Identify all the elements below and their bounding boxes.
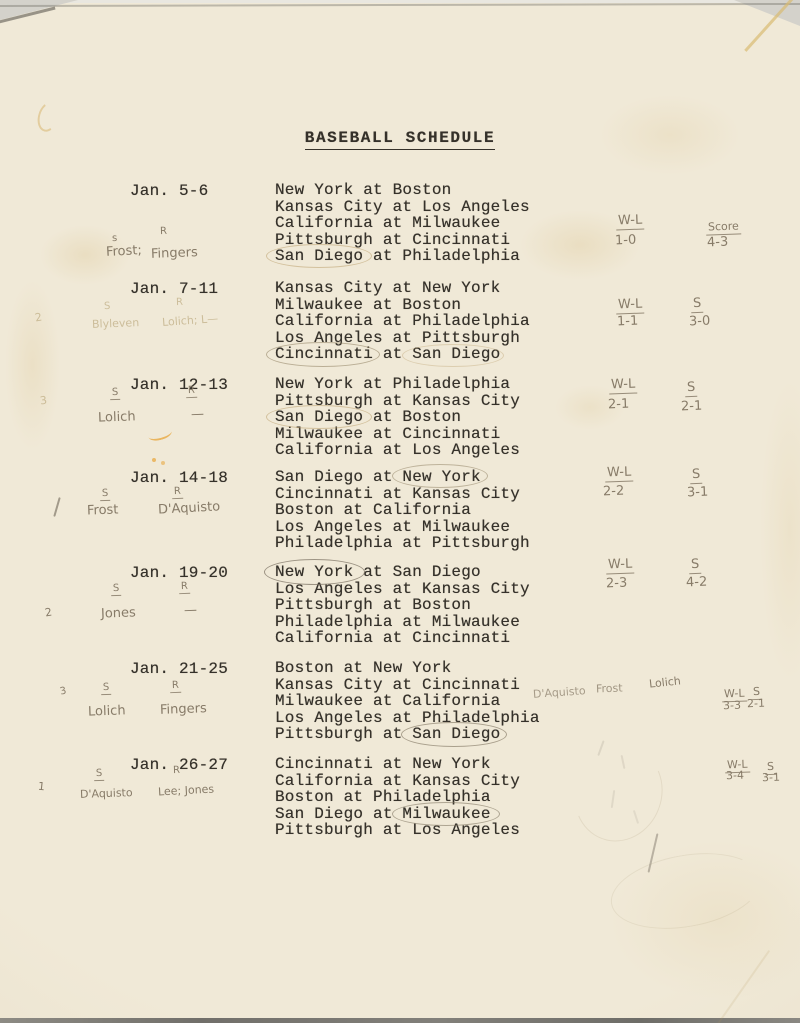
wl-header: W-L bbox=[606, 557, 635, 575]
pencil-circle bbox=[266, 405, 372, 429]
pencil-circle bbox=[402, 344, 504, 367]
date-range: Jan. 5-6 bbox=[130, 182, 208, 200]
game-line: Philadelphia at Pittsburgh bbox=[275, 535, 530, 552]
starter-name: D'Aquisto bbox=[80, 786, 133, 801]
game-line: California at Cincinnati bbox=[275, 630, 530, 647]
game-line: Cincinnati at New York bbox=[275, 756, 520, 773]
score-value: 4-2 bbox=[686, 575, 708, 591]
relief-hand-label: R bbox=[179, 581, 190, 594]
game-line: Los Angeles at Milwaukee bbox=[275, 519, 530, 536]
starter-hand-label: S bbox=[104, 301, 111, 312]
starter-hand-label: S bbox=[111, 583, 122, 596]
pencil-circle bbox=[392, 464, 488, 488]
starter-name: Jones bbox=[101, 605, 136, 621]
game-line: Los Angeles at Philadelphia bbox=[275, 710, 540, 727]
relief-hand-label: R bbox=[176, 297, 183, 308]
game-line: Kansas City at Cincinnati bbox=[275, 677, 540, 694]
wl-header: W-L bbox=[605, 465, 634, 483]
erased-pencil-scribble bbox=[561, 733, 676, 854]
game-line: Philadelphia at Milwaukee bbox=[275, 614, 530, 631]
starter-name: Frost; bbox=[106, 243, 143, 260]
score-header: S bbox=[685, 380, 698, 397]
orange-pencil-dots bbox=[152, 458, 156, 462]
relief-hand-label: R bbox=[186, 385, 197, 398]
score-header: Score bbox=[706, 219, 741, 235]
relief-name: Lolich; L— bbox=[162, 312, 219, 329]
game-line: New York at Philadelphia bbox=[275, 376, 520, 393]
score-value: 3-1 bbox=[687, 485, 709, 501]
wl-value: 2-1 bbox=[608, 397, 630, 413]
starter-hand-label: S bbox=[100, 488, 111, 501]
pencil-circle bbox=[401, 722, 507, 747]
wl-value: 3-3 bbox=[723, 699, 741, 713]
game-line: Boston at New York bbox=[275, 660, 540, 677]
relief-hand-label: R bbox=[160, 226, 167, 237]
starter-hand-label: S bbox=[94, 768, 105, 781]
score-header: S bbox=[690, 467, 703, 484]
relief-name: — bbox=[191, 407, 205, 422]
relief-hand-label: R bbox=[173, 765, 180, 776]
wl-value: 1-0 bbox=[615, 233, 637, 249]
pencil-circle bbox=[392, 802, 500, 826]
pencil-circle bbox=[266, 244, 372, 268]
score-value: 3-0 bbox=[689, 314, 711, 330]
starter-name: Lolich bbox=[88, 703, 126, 719]
game-line: California at Los Angeles bbox=[275, 442, 520, 459]
game-line: California at Milwaukee bbox=[275, 215, 530, 232]
pencil-circle bbox=[264, 559, 365, 585]
relief-hand-label: R bbox=[172, 486, 183, 499]
score-value: 2-1 bbox=[681, 399, 703, 415]
pitcher-name: Frost bbox=[596, 682, 623, 696]
game-line: Kansas City at Los Angeles bbox=[275, 199, 530, 216]
margin-number: 1 bbox=[37, 780, 45, 794]
page-title-text: BASEBALL SCHEDULE bbox=[305, 129, 495, 150]
game-line: California at Philadelphia bbox=[275, 313, 530, 330]
starter-hand-label: S bbox=[101, 682, 112, 695]
relief-name: Fingers bbox=[160, 701, 207, 718]
game-line: Boston at Philadelphia bbox=[275, 789, 520, 806]
game-line: Cincinnati at Kansas City bbox=[275, 486, 530, 503]
wl-value: 3-4 bbox=[726, 769, 744, 783]
orange-pencil-scribble bbox=[147, 425, 173, 443]
game-list: Cincinnati at New York California at Kan… bbox=[275, 756, 520, 839]
relief-name: D'Aquisto bbox=[158, 499, 221, 517]
game-line: Pittsburgh at Los Angeles bbox=[275, 822, 520, 839]
date-range: Jan. 7-11 bbox=[130, 280, 218, 298]
relief-hand-label: R bbox=[170, 680, 181, 693]
starter-name: Frost bbox=[87, 502, 119, 518]
score-value: 2-1 bbox=[747, 697, 765, 711]
starter-hand-label: s bbox=[112, 233, 118, 244]
starter-name: Blyleven bbox=[92, 316, 140, 331]
starter-hand-label: S bbox=[110, 387, 121, 400]
score-header: S bbox=[689, 557, 702, 574]
score-value: 3-1 bbox=[762, 771, 780, 785]
page-title: BASEBALL SCHEDULE bbox=[0, 129, 800, 147]
margin-number: 3 bbox=[59, 685, 68, 697]
wl-value: 2-3 bbox=[606, 576, 628, 592]
stain bbox=[760, 380, 800, 680]
game-line: Pittsburgh at Boston bbox=[275, 597, 530, 614]
date-range: Jan. 12-13 bbox=[130, 376, 228, 394]
wl-value: 2-2 bbox=[603, 484, 625, 500]
date-range: Jan. 19-20 bbox=[130, 564, 228, 582]
stain bbox=[5, 280, 60, 450]
relief-name: — bbox=[184, 603, 198, 618]
game-line: California at Kansas City bbox=[275, 773, 520, 790]
wl-header: W-L bbox=[609, 377, 638, 395]
date-range: Jan. 14-18 bbox=[130, 469, 228, 487]
game-line: Milwaukee at California bbox=[275, 693, 540, 710]
date-range: Jan. 21-25 bbox=[130, 660, 228, 678]
score-value: 4-3 bbox=[707, 235, 729, 251]
paper-top-edge bbox=[0, 3, 800, 7]
pitcher-name: Lolich bbox=[648, 674, 681, 690]
starter-name: Lolich bbox=[98, 409, 136, 425]
game-line: Boston at California bbox=[275, 502, 530, 519]
wl-header: W-L bbox=[616, 297, 645, 315]
relief-name: Fingers bbox=[151, 245, 198, 262]
score-header: S bbox=[691, 296, 704, 313]
scan-bottom-edge bbox=[0, 1018, 800, 1023]
wl-header: W-L bbox=[616, 213, 645, 231]
margin-tally-stroke bbox=[53, 497, 60, 517]
pitcher-name: D'Aquisto bbox=[533, 684, 586, 701]
margin-number: 2 bbox=[44, 605, 53, 619]
game-line: Milwaukee at Boston bbox=[275, 297, 530, 314]
scanned-schedule-page: BASEBALL SCHEDULE Jan. 5-6 New York at B… bbox=[0, 0, 800, 1023]
game-line: Kansas City at New York bbox=[275, 280, 530, 297]
game-line: New York at Boston bbox=[275, 182, 530, 199]
relief-name: Lee; Jones bbox=[158, 783, 215, 799]
pencil-circle bbox=[266, 342, 380, 367]
wl-value: 1-1 bbox=[617, 314, 639, 330]
